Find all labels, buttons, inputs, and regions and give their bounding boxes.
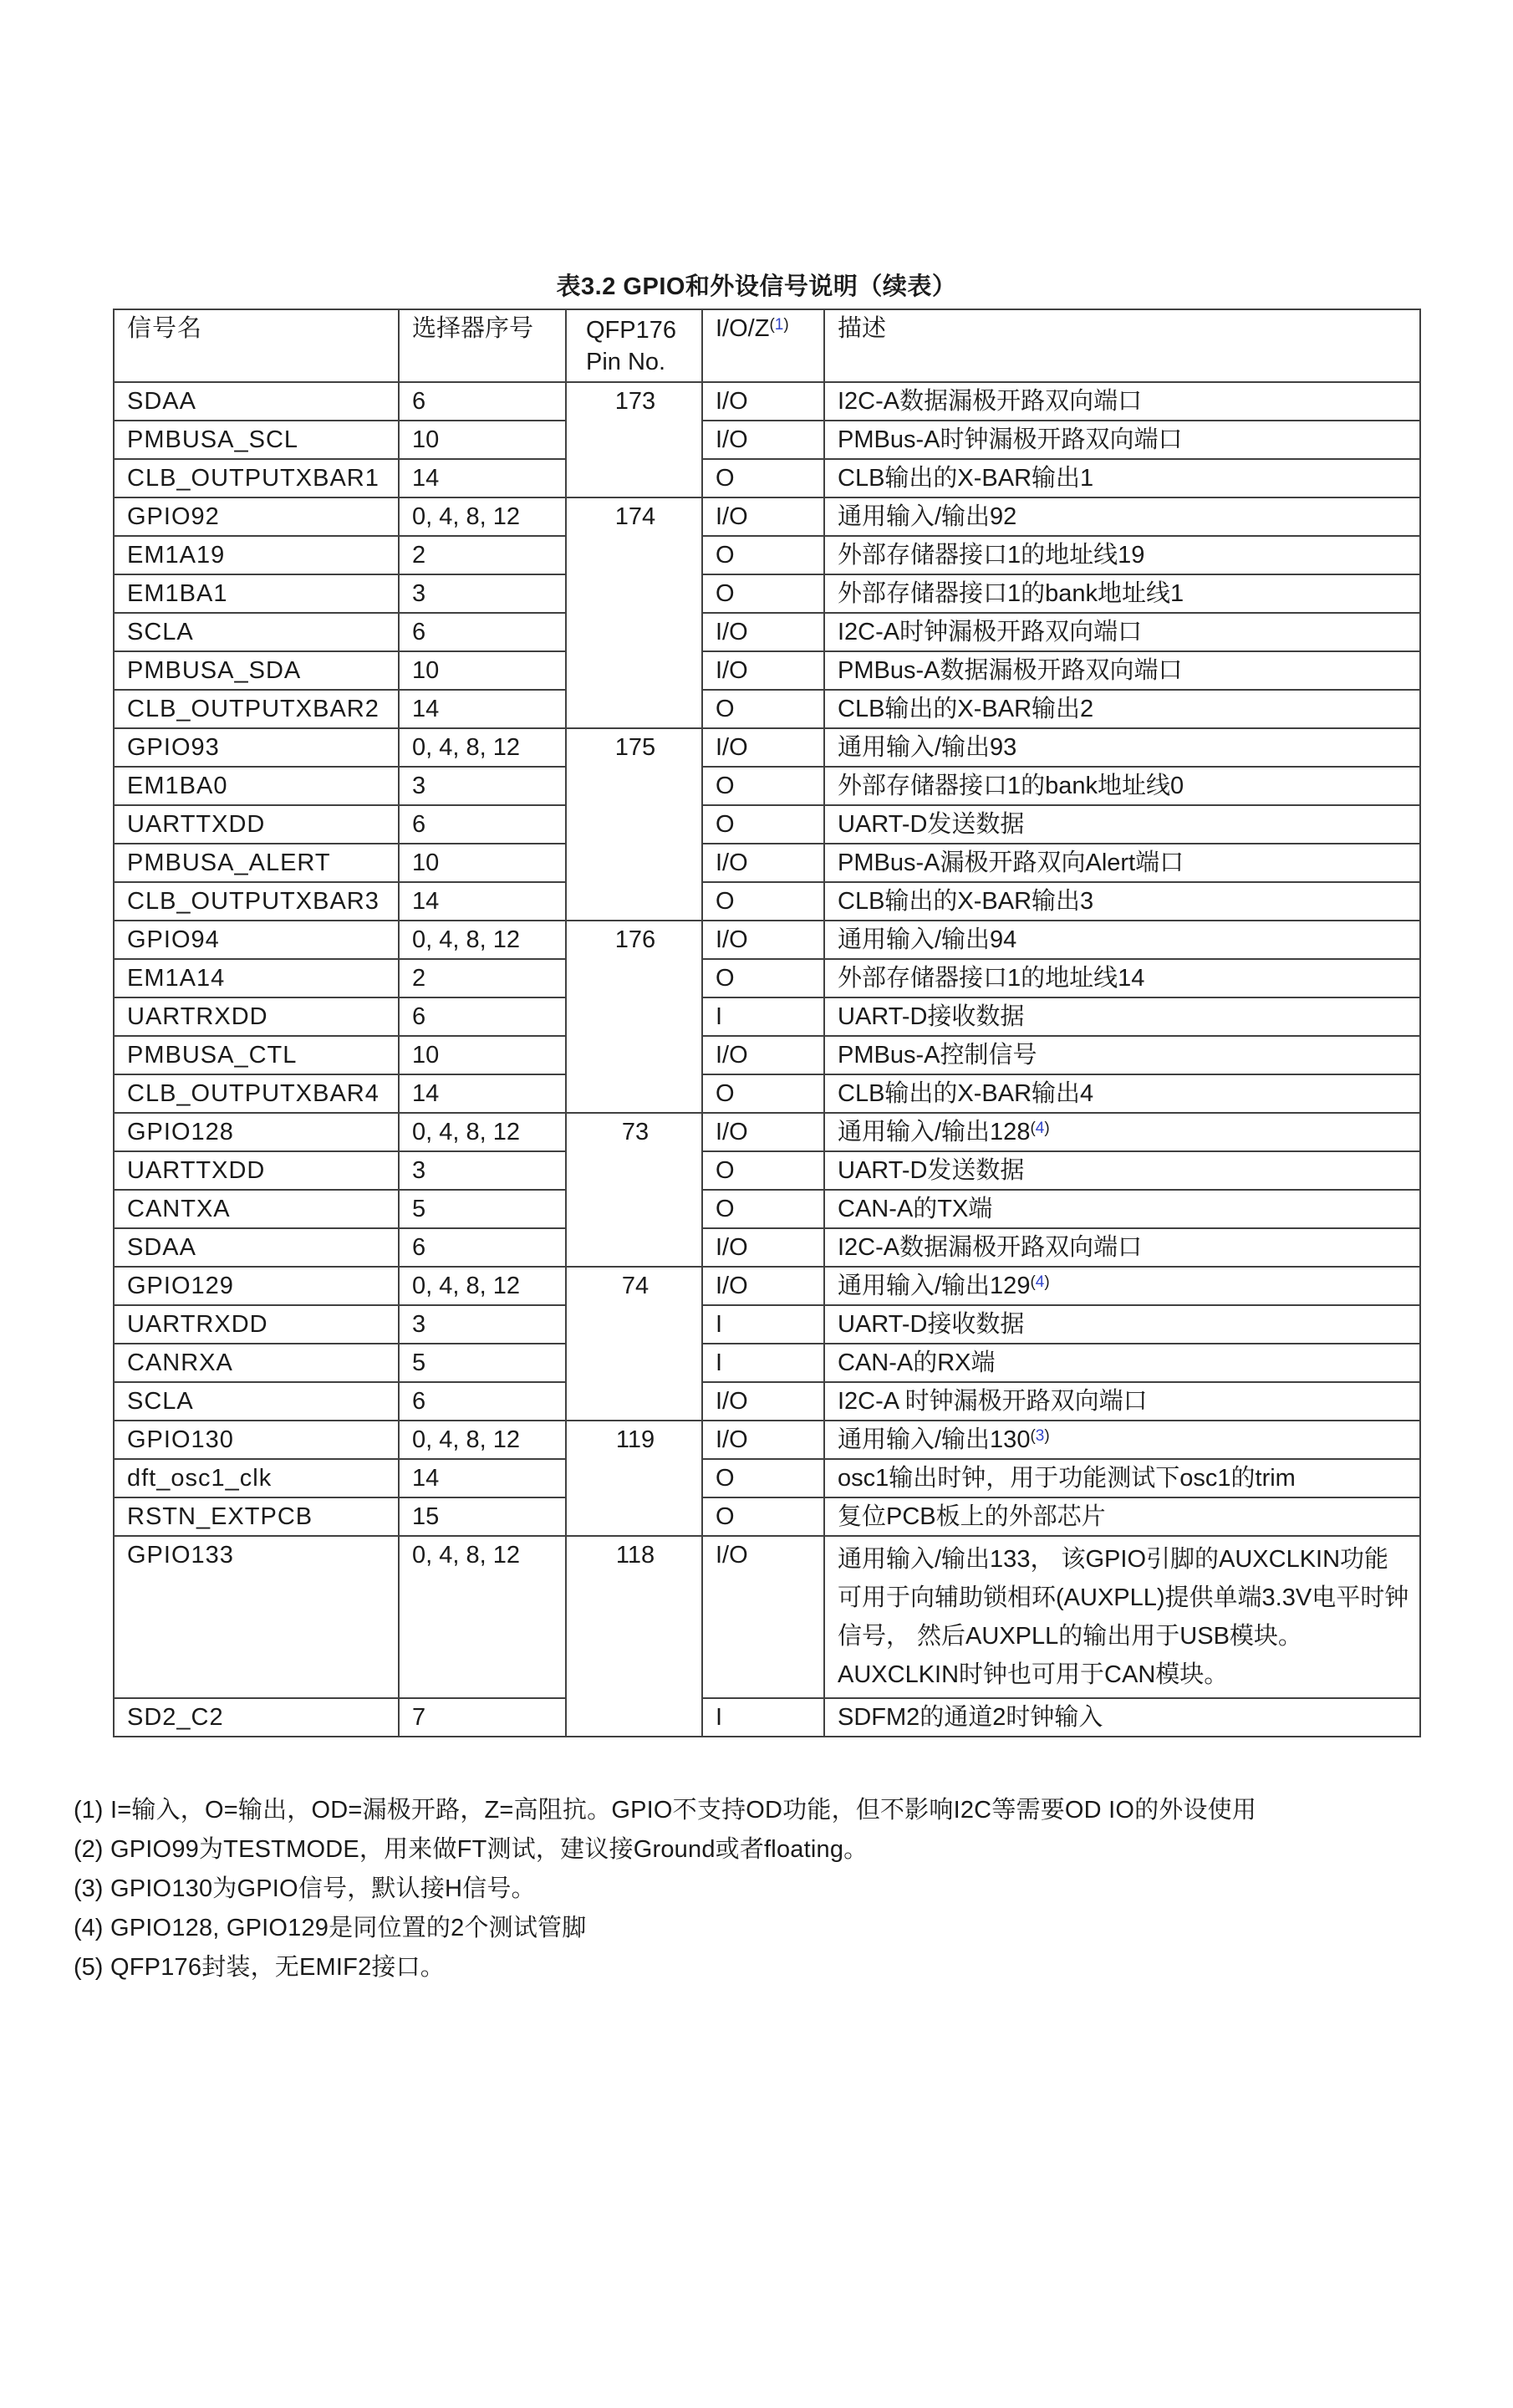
io-type-cell: O xyxy=(702,882,824,921)
selector-index-cell: 10 xyxy=(399,1036,566,1074)
description-cell: PMBus-A时钟漏极开路双向端口 xyxy=(824,421,1420,459)
io-type-cell: I/O xyxy=(702,1267,824,1305)
footnote-ref: (4) xyxy=(1030,1120,1049,1137)
signal-name-cell: CANRXA xyxy=(114,1344,399,1382)
footnote-ref: (4) xyxy=(1030,1273,1049,1291)
io-type-cell: I/O xyxy=(702,728,824,767)
table-row: PMBUSA_SDA10I/OPMBus-A数据漏极开路双向端口 xyxy=(114,651,1420,690)
selector-index-cell: 5 xyxy=(399,1344,566,1382)
description-cell: CLB输出的X-BAR输出4 xyxy=(824,1074,1420,1113)
header-pin-no: QFP176 Pin No. xyxy=(566,309,702,382)
description-text: 通用输入/输出129 xyxy=(838,1273,1030,1299)
table-row: PMBUSA_SCL10I/OPMBus-A时钟漏极开路双向端口 xyxy=(114,421,1420,459)
selector-index-cell: 10 xyxy=(399,844,566,882)
footnote-number: (2) xyxy=(74,1830,110,1870)
table-row: GPIO1300, 4, 8, 12119I/O通用输入/输出130(3) xyxy=(114,1421,1420,1459)
signal-name-cell: UARTRXDD xyxy=(114,1305,399,1344)
table-row: GPIO1280, 4, 8, 1273I/O通用输入/输出128(4) xyxy=(114,1113,1420,1151)
io-type-cell: O xyxy=(702,1190,824,1228)
selector-index-cell: 7 xyxy=(399,1698,566,1737)
footnote: (1)I=输入，O=输出，OD=漏极开路，Z=高阻抗。GPIO不支持OD功能，但… xyxy=(74,1791,1513,1830)
table-row: CLB_OUTPUTXBAR314OCLB输出的X-BAR输出3 xyxy=(114,882,1420,921)
selector-index-cell: 3 xyxy=(399,767,566,805)
description-cell: CLB输出的X-BAR输出2 xyxy=(824,690,1420,728)
table-row: GPIO930, 4, 8, 12175I/O通用输入/输出93 xyxy=(114,728,1420,767)
signal-name-cell: UARTRXDD xyxy=(114,997,399,1036)
signal-name-cell: EM1A14 xyxy=(114,959,399,997)
description-cell: CAN-A的TX端 xyxy=(824,1190,1420,1228)
io-type-cell: I/O xyxy=(702,844,824,882)
selector-index-cell: 2 xyxy=(399,536,566,574)
description-cell: UART-D接收数据 xyxy=(824,1305,1420,1344)
description-text: PMBus-A漏极开路双向Alert端口 xyxy=(838,849,1184,876)
io-type-cell: I/O xyxy=(702,921,824,959)
io-type-cell: I/O xyxy=(702,1421,824,1459)
description-text: 通用输入/输出128 xyxy=(838,1119,1030,1145)
selector-index-cell: 6 xyxy=(399,1382,566,1421)
table-row: dft_osc1_clk14Oosc1输出时钟，用于功能测试下osc1的trim xyxy=(114,1459,1420,1497)
io-type-cell: O xyxy=(702,1459,824,1497)
io-type-cell: I/O xyxy=(702,1036,824,1074)
signal-name-cell: GPIO133 xyxy=(114,1536,399,1698)
description-text: 通用输入/输出94 xyxy=(838,926,1016,953)
header-selector-index: 选择器序号 xyxy=(399,309,566,382)
signal-name-cell: CLB_OUTPUTXBAR2 xyxy=(114,690,399,728)
io-type-cell: I xyxy=(702,1305,824,1344)
io-type-cell: O xyxy=(702,574,824,613)
description-cell: PMBus-A控制信号 xyxy=(824,1036,1420,1074)
signal-name-cell: UARTTXDD xyxy=(114,805,399,844)
table-row: SDAA6173I/OI2C-A数据漏极开路双向端口 xyxy=(114,382,1420,421)
description-cell: 通用输入/输出133， 该GPIO引脚的AUXCLKIN功能可用于向辅助锁相环(… xyxy=(824,1536,1420,1698)
table-row: SD2_C27ISDFM2的通道2时钟输入 xyxy=(114,1698,1420,1737)
table-row: GPIO920, 4, 8, 12174I/O通用输入/输出92 xyxy=(114,497,1420,536)
description-text: UART-D发送数据 xyxy=(838,811,1024,838)
io-type-cell: O xyxy=(702,459,824,497)
description-cell: 通用输入/输出128(4) xyxy=(824,1113,1420,1151)
selector-index-cell: 3 xyxy=(399,1305,566,1344)
table-row: PMBUSA_CTL10I/OPMBus-A控制信号 xyxy=(114,1036,1420,1074)
io-type-cell: I/O xyxy=(702,497,824,536)
description-cell: I2C-A数据漏极开路双向端口 xyxy=(824,382,1420,421)
io-type-cell: I/O xyxy=(702,382,824,421)
selector-index-cell: 10 xyxy=(399,421,566,459)
signal-name-cell: EM1BA1 xyxy=(114,574,399,613)
footnote-number: (3) xyxy=(74,1870,110,1909)
description-text: 外部存储器接口1的bank地址线1 xyxy=(838,580,1184,607)
pin-number-cell: 73 xyxy=(566,1113,702,1267)
footnote-ref: (1) xyxy=(769,316,788,334)
table-row: GPIO1290, 4, 8, 1274I/O通用输入/输出129(4) xyxy=(114,1267,1420,1305)
signal-name-cell: PMBUSA_ALERT xyxy=(114,844,399,882)
description-text: CLB输出的X-BAR输出4 xyxy=(838,1080,1093,1107)
selector-index-cell: 14 xyxy=(399,1459,566,1497)
description-text: 通用输入/输出93 xyxy=(838,734,1016,761)
signal-name-cell: UARTTXDD xyxy=(114,1151,399,1190)
selector-index-cell: 14 xyxy=(399,690,566,728)
description-text: UART-D发送数据 xyxy=(838,1157,1024,1184)
signal-name-cell: GPIO94 xyxy=(114,921,399,959)
footnote-text: GPIO130为GPIO信号，默认接H信号。 xyxy=(110,1875,536,1902)
selector-index-cell: 0, 4, 8, 12 xyxy=(399,1421,566,1459)
table-row: SCLA6I/OI2C-A时钟漏极开路双向端口 xyxy=(114,613,1420,651)
signal-name-cell: PMBUSA_SCL xyxy=(114,421,399,459)
signal-name-cell: GPIO92 xyxy=(114,497,399,536)
table-row: CLB_OUTPUTXBAR214OCLB输出的X-BAR输出2 xyxy=(114,690,1420,728)
io-type-cell: O xyxy=(702,1497,824,1536)
io-type-cell: I/O xyxy=(702,1536,824,1698)
footnote: (4)GPIO128, GPIO129是同位置的2个测试管脚 xyxy=(74,1909,1513,1948)
description-cell: PMBus-A漏极开路双向Alert端口 xyxy=(824,844,1420,882)
signal-name-cell: GPIO128 xyxy=(114,1113,399,1151)
signal-name-cell: SCLA xyxy=(114,1382,399,1421)
signal-name-cell: SCLA xyxy=(114,613,399,651)
description-text: 通用输入/输出133， 该GPIO引脚的AUXCLKIN功能可用于向辅助锁相环(… xyxy=(838,1546,1409,1688)
selector-index-cell: 10 xyxy=(399,651,566,690)
io-type-cell: I/O xyxy=(702,613,824,651)
description-cell: 复位PCB板上的外部芯片 xyxy=(824,1497,1420,1536)
description-text: 复位PCB板上的外部芯片 xyxy=(838,1503,1106,1530)
signal-name-cell: RSTN_EXTPCB xyxy=(114,1497,399,1536)
description-text: 外部存储器接口1的地址线19 xyxy=(838,542,1144,569)
io-type-cell: O xyxy=(702,959,824,997)
io-type-cell: I/O xyxy=(702,1382,824,1421)
table-row: CANRXA5ICAN-A的RX端 xyxy=(114,1344,1420,1382)
description-cell: PMBus-A数据漏极开路双向端口 xyxy=(824,651,1420,690)
description-text: UART-D接收数据 xyxy=(838,1003,1024,1030)
selector-index-cell: 6 xyxy=(399,382,566,421)
table-row: CLB_OUTPUTXBAR414OCLB输出的X-BAR输出4 xyxy=(114,1074,1420,1113)
io-type-cell: I/O xyxy=(702,1113,824,1151)
signal-name-cell: GPIO93 xyxy=(114,728,399,767)
description-cell: osc1输出时钟，用于功能测试下osc1的trim xyxy=(824,1459,1420,1497)
selector-index-cell: 14 xyxy=(399,459,566,497)
footnote-text: GPIO128, GPIO129是同位置的2个测试管脚 xyxy=(110,1915,586,1941)
description-cell: 通用输入/输出93 xyxy=(824,728,1420,767)
footnote: (3)GPIO130为GPIO信号，默认接H信号。 xyxy=(74,1870,1513,1909)
header-signal-name: 信号名 xyxy=(114,309,399,382)
signal-name-cell: dft_osc1_clk xyxy=(114,1459,399,1497)
header-ioz-label: I/O/Z xyxy=(716,315,769,342)
description-cell: 通用输入/输出94 xyxy=(824,921,1420,959)
io-type-cell: I xyxy=(702,1698,824,1737)
table-row: PMBUSA_ALERT10I/OPMBus-A漏极开路双向Alert端口 xyxy=(114,844,1420,882)
description-text: I2C-A时钟漏极开路双向端口 xyxy=(838,619,1142,645)
footnotes: (1)I=输入，O=输出，OD=漏极开路，Z=高阻抗。GPIO不支持OD功能，但… xyxy=(74,1791,1513,1987)
table-row: CLB_OUTPUTXBAR114OCLB输出的X-BAR输出1 xyxy=(114,459,1420,497)
io-type-cell: I/O xyxy=(702,1228,824,1267)
description-text: CLB输出的X-BAR输出1 xyxy=(838,465,1093,492)
description-cell: CAN-A的RX端 xyxy=(824,1344,1420,1382)
io-type-cell: I/O xyxy=(702,421,824,459)
table-row: EM1A192O外部存储器接口1的地址线19 xyxy=(114,536,1420,574)
pin-number-cell: 119 xyxy=(566,1421,702,1536)
table-row: CANTXA5OCAN-A的TX端 xyxy=(114,1190,1420,1228)
pin-number-cell: 74 xyxy=(566,1267,702,1421)
io-type-cell: I xyxy=(702,997,824,1036)
table-row: GPIO1330, 4, 8, 12118I/O通用输入/输出133， 该GPI… xyxy=(114,1536,1420,1698)
footnote: (5)QFP176封装，无EMIF2接口。 xyxy=(74,1948,1513,1987)
description-cell: CLB输出的X-BAR输出3 xyxy=(824,882,1420,921)
description-text: 外部存储器接口1的地址线14 xyxy=(838,965,1144,992)
description-cell: 外部存储器接口1的地址线14 xyxy=(824,959,1420,997)
io-type-cell: O xyxy=(702,690,824,728)
description-text: CAN-A的RX端 xyxy=(838,1349,996,1376)
io-type-cell: O xyxy=(702,536,824,574)
signal-name-cell: CLB_OUTPUTXBAR1 xyxy=(114,459,399,497)
signal-name-cell: PMBUSA_SDA xyxy=(114,651,399,690)
description-text: CLB输出的X-BAR输出3 xyxy=(838,888,1093,915)
selector-index-cell: 5 xyxy=(399,1190,566,1228)
selector-index-cell: 0, 4, 8, 12 xyxy=(399,921,566,959)
signal-name-cell: SD2_C2 xyxy=(114,1698,399,1737)
footnote-ref: (3) xyxy=(1030,1427,1049,1445)
description-text: CAN-A的TX端 xyxy=(838,1196,992,1222)
signal-name-cell: SDAA xyxy=(114,1228,399,1267)
description-text: CLB输出的X-BAR输出2 xyxy=(838,696,1093,722)
description-text: PMBus-A控制信号 xyxy=(838,1042,1037,1069)
selector-index-cell: 6 xyxy=(399,1228,566,1267)
table-row: EM1BA13O外部存储器接口1的bank地址线1 xyxy=(114,574,1420,613)
pin-number-cell: 175 xyxy=(566,728,702,921)
table-row: SCLA6I/OI2C-A 时钟漏极开路双向端口 xyxy=(114,1382,1420,1421)
description-cell: I2C-A数据漏极开路双向端口 xyxy=(824,1228,1420,1267)
pin-number-cell: 174 xyxy=(566,497,702,728)
footnote-text: GPIO99为TESTMODE，用来做FT测试，建议接Ground或者float… xyxy=(110,1836,868,1863)
signal-name-cell: SDAA xyxy=(114,382,399,421)
table-row: EM1BA03O外部存储器接口1的bank地址线0 xyxy=(114,767,1420,805)
signal-name-cell: EM1BA0 xyxy=(114,767,399,805)
selector-index-cell: 14 xyxy=(399,882,566,921)
gpio-signal-table: 信号名 选择器序号 QFP176 Pin No. I/O/Z(1) 描述 SDA… xyxy=(113,309,1421,1737)
signal-name-cell: PMBUSA_CTL xyxy=(114,1036,399,1074)
description-cell: I2C-A 时钟漏极开路双向端口 xyxy=(824,1382,1420,1421)
signal-name-cell: EM1A19 xyxy=(114,536,399,574)
header-ioz: I/O/Z(1) xyxy=(702,309,824,382)
selector-index-cell: 0, 4, 8, 12 xyxy=(399,497,566,536)
signal-name-cell: CLB_OUTPUTXBAR3 xyxy=(114,882,399,921)
header-pin-line2: Pin No. xyxy=(579,346,691,378)
header-description: 描述 xyxy=(824,309,1420,382)
description-cell: SDFM2的通道2时钟输入 xyxy=(824,1698,1420,1737)
description-cell: UART-D发送数据 xyxy=(824,805,1420,844)
io-type-cell: I/O xyxy=(702,651,824,690)
description-text: UART-D接收数据 xyxy=(838,1311,1024,1338)
description-cell: 外部存储器接口1的地址线19 xyxy=(824,536,1420,574)
footnote: (2)GPIO99为TESTMODE，用来做FT测试，建议接Ground或者fl… xyxy=(74,1830,1513,1870)
footnote-text: QFP176封装，无EMIF2接口。 xyxy=(110,1954,445,1981)
description-text: I2C-A数据漏极开路双向端口 xyxy=(838,1234,1142,1261)
description-text: 通用输入/输出130 xyxy=(838,1426,1030,1453)
selector-index-cell: 6 xyxy=(399,997,566,1036)
description-cell: 外部存储器接口1的bank地址线1 xyxy=(824,574,1420,613)
description-text: PMBus-A时钟漏极开路双向端口 xyxy=(838,426,1182,453)
pin-number-cell: 118 xyxy=(566,1536,702,1737)
description-text: 外部存储器接口1的bank地址线0 xyxy=(838,773,1184,799)
description-text: I2C-A数据漏极开路双向端口 xyxy=(838,388,1142,415)
description-text: PMBus-A数据漏极开路双向端口 xyxy=(838,657,1182,684)
table-row: UARTRXDD3IUART-D接收数据 xyxy=(114,1305,1420,1344)
description-text: osc1输出时钟，用于功能测试下osc1的trim xyxy=(838,1465,1296,1492)
footnote-text: I=输入，O=输出，OD=漏极开路，Z=高阻抗。GPIO不支持OD功能，但不影响… xyxy=(110,1797,1256,1824)
description-text: I2C-A 时钟漏极开路双向端口 xyxy=(838,1388,1148,1415)
selector-index-cell: 15 xyxy=(399,1497,566,1536)
header-pin-line1: QFP176 xyxy=(579,314,691,346)
table-header-row: 信号名 选择器序号 QFP176 Pin No. I/O/Z(1) 描述 xyxy=(114,309,1420,382)
description-cell: 通用输入/输出130(3) xyxy=(824,1421,1420,1459)
description-text: 通用输入/输出92 xyxy=(838,503,1016,530)
signal-name-cell: GPIO129 xyxy=(114,1267,399,1305)
signal-name-cell: CLB_OUTPUTXBAR4 xyxy=(114,1074,399,1113)
footnote-number: (5) xyxy=(74,1948,110,1987)
description-cell: UART-D发送数据 xyxy=(824,1151,1420,1190)
table-title: 表3.2 GPIO和外设信号说明（续表） xyxy=(0,268,1513,302)
table-row: RSTN_EXTPCB15O复位PCB板上的外部芯片 xyxy=(114,1497,1420,1536)
selector-index-cell: 2 xyxy=(399,959,566,997)
selector-index-cell: 0, 4, 8, 12 xyxy=(399,1267,566,1305)
table-row: UARTRXDD6IUART-D接收数据 xyxy=(114,997,1420,1036)
description-cell: 通用输入/输出129(4) xyxy=(824,1267,1420,1305)
table-row: SDAA6I/OI2C-A数据漏极开路双向端口 xyxy=(114,1228,1420,1267)
io-type-cell: O xyxy=(702,1151,824,1190)
selector-index-cell: 3 xyxy=(399,1151,566,1190)
signal-name-cell: CANTXA xyxy=(114,1190,399,1228)
footnote-number: (1) xyxy=(74,1791,110,1830)
table-row: UARTTXDD6OUART-D发送数据 xyxy=(114,805,1420,844)
selector-index-cell: 3 xyxy=(399,574,566,613)
footnote-number: (4) xyxy=(74,1909,110,1948)
pin-number-cell: 173 xyxy=(566,382,702,497)
pin-number-cell: 176 xyxy=(566,921,702,1113)
io-type-cell: O xyxy=(702,805,824,844)
description-cell: 通用输入/输出92 xyxy=(824,497,1420,536)
selector-index-cell: 6 xyxy=(399,613,566,651)
selector-index-cell: 6 xyxy=(399,805,566,844)
description-cell: I2C-A时钟漏极开路双向端口 xyxy=(824,613,1420,651)
selector-index-cell: 0, 4, 8, 12 xyxy=(399,1113,566,1151)
table-row: EM1A142O外部存储器接口1的地址线14 xyxy=(114,959,1420,997)
io-type-cell: O xyxy=(702,1074,824,1113)
io-type-cell: I xyxy=(702,1344,824,1382)
description-text: SDFM2的通道2时钟输入 xyxy=(838,1704,1103,1731)
description-cell: CLB输出的X-BAR输出1 xyxy=(824,459,1420,497)
selector-index-cell: 0, 4, 8, 12 xyxy=(399,728,566,767)
description-cell: 外部存储器接口1的bank地址线0 xyxy=(824,767,1420,805)
io-type-cell: O xyxy=(702,767,824,805)
selector-index-cell: 14 xyxy=(399,1074,566,1113)
table-row: UARTTXDD3OUART-D发送数据 xyxy=(114,1151,1420,1190)
description-cell: UART-D接收数据 xyxy=(824,997,1420,1036)
selector-index-cell: 0, 4, 8, 12 xyxy=(399,1536,566,1698)
table-row: GPIO940, 4, 8, 12176I/O通用输入/输出94 xyxy=(114,921,1420,959)
signal-name-cell: GPIO130 xyxy=(114,1421,399,1459)
